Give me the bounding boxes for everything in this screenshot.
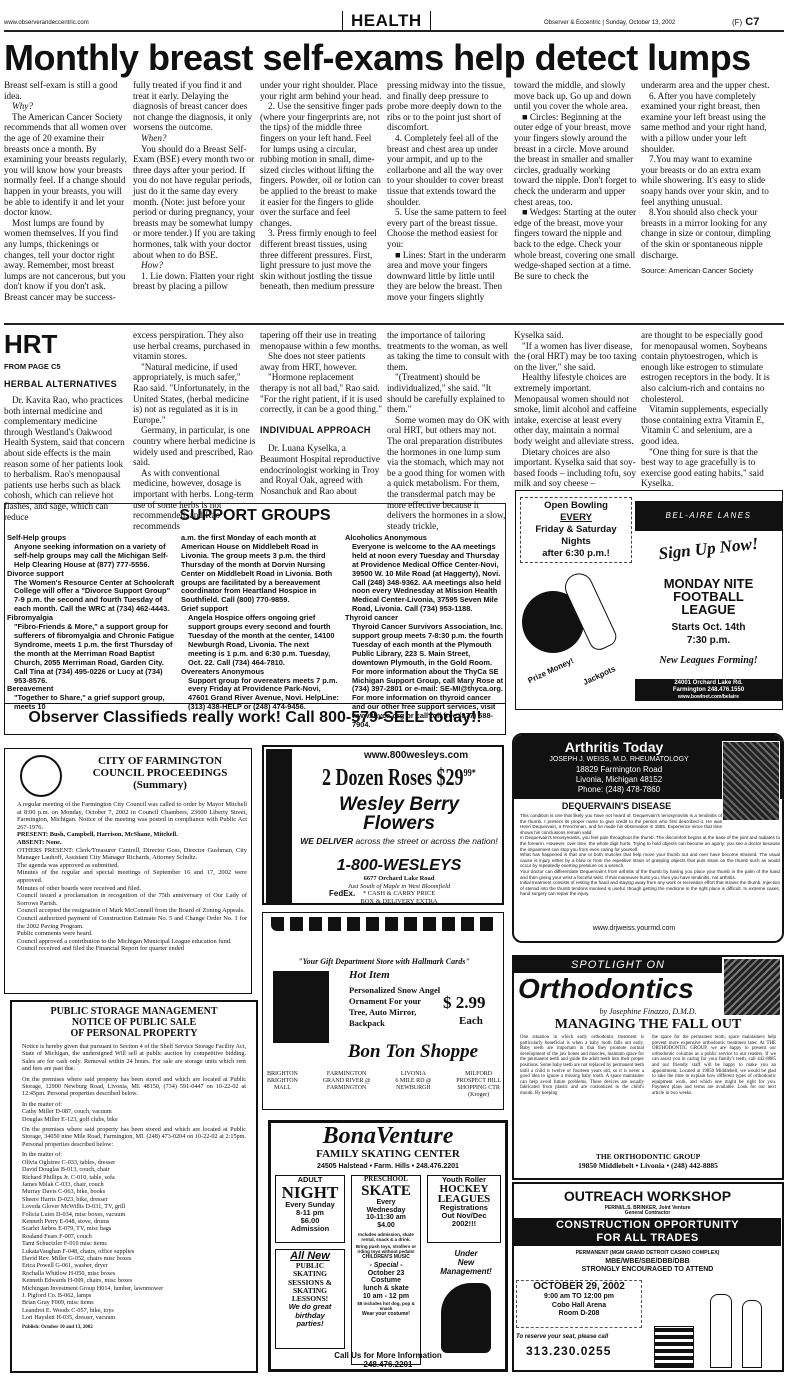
snow-angel-photo <box>273 971 329 1043</box>
outreach-reserve: To reserve your seat, please call <box>516 1334 608 1340</box>
arthritis-contact: JOSEPH J. WEISS, M.D. RHEUMATOLOGY 18829… <box>514 755 724 795</box>
divider <box>4 323 784 325</box>
site-url: www.observerandeccentric.com <box>4 20 89 26</box>
sign-up-now: Sign Up Now! <box>634 531 782 566</box>
bel-aire-logo: BEL-AIRE LANES <box>635 501 782 531</box>
bonaventure-subtitle: FAMILY SKATING CENTER <box>271 1148 505 1160</box>
bowling-website[interactable]: www.bowlnet.com/belaire <box>635 694 782 701</box>
roses-offer: 2 Dozen Roses $2999* <box>322 765 476 792</box>
classifieds-banner: Observer Classifieds really work! Call 8… <box>4 703 506 735</box>
arthritis-title: Arthritis Today <box>514 739 714 755</box>
ad-arthritis-today: Arthritis Today JOSEPH J. WEISS, M.D. RH… <box>512 733 784 943</box>
doctor-photo <box>722 741 780 821</box>
hot-item-desc: Personalized Snow Angel Ornament For you… <box>349 985 449 1029</box>
bonaventure-logo: BonaVenture <box>271 1123 505 1149</box>
hrt-title: HRT <box>4 330 127 358</box>
under-new-management: UnderNewManagement! <box>431 1249 501 1276</box>
support-col-1: Self-Help groupsAnyone seeking informati… <box>7 534 175 712</box>
location-brighton: BRIGHTONBRIGHTONMALL <box>267 1071 298 1099</box>
outreach-details: OCTOBER 29, 2002 9:00 am TO 12:00 pm Cob… <box>516 1280 642 1328</box>
ad-bon-ton-shoppe: "Your Gift Department Store with Hallmar… <box>262 912 504 1110</box>
public-storage-notice: PUBLIC STORAGE MANAGEMENT NOTICE OF PUBL… <box>10 1000 258 1373</box>
location-livonia: LIVONIA6 MILE RD @NEWBURGH <box>395 1071 431 1099</box>
dequervain-heading: DEQUERVAIN'S DISEASE <box>514 801 719 811</box>
wesley-phone: 1-800-WESLEYS <box>296 857 502 875</box>
new-leagues: New Leagues Forming! <box>635 655 782 666</box>
outreach-permanent: PERMANENT (MGM GRAND DETROIT CASINO COMP… <box>514 1250 781 1256</box>
construction-workers-illustration <box>654 1284 778 1368</box>
ad-orthodontics: SPOTLIGHT ON Orthodontics by Josephine F… <box>512 955 784 1180</box>
council-body: A regular meeting of the Farmington City… <box>17 801 247 953</box>
article-column-3: under your right shoulder. Place your ri… <box>260 80 383 292</box>
page-number: (F) C7 <box>732 16 759 28</box>
ortho-footer: THE ORTHODONTIC GROUP 19850 Middlebelt •… <box>514 1153 782 1170</box>
jackpots-text: Jackpots <box>582 664 617 687</box>
roses-photo <box>266 749 292 903</box>
from-page: FROM PAGE C5 <box>4 362 127 371</box>
adult-night-box: ADULT NIGHT Every Sunday8-11 pm$6.00Admi… <box>275 1175 345 1243</box>
youth-hockey-box: Youth Roller HOCKEY LEAGUES Registration… <box>427 1175 501 1243</box>
hot-item-price: $ 2.99 <box>443 993 486 1013</box>
subhead-individual: INDIVIDUAL APPROACH <box>260 425 383 436</box>
skater-silhouette-icon <box>441 1283 491 1353</box>
council-proceedings: CITY OF FARMINGTON COUNCIL PROCEEDINGS (… <box>4 748 252 994</box>
subhead-herbal: HERBAL ALTERNATIVES <box>4 379 127 389</box>
ortho-col-1: One situation in which early orthodontic… <box>520 1035 644 1097</box>
bonaventure-address: 24505 Halstead • Farm. Hills • 248.476.2… <box>271 1163 505 1170</box>
article-main-body: Breast self-exam is still a good idea. W… <box>4 80 784 300</box>
wesley-url[interactable]: www.800wesleys.com <box>364 750 468 761</box>
article-hrt: HRT FROM PAGE C5 HERBAL ALTERNATIVES Dr.… <box>4 330 784 500</box>
arthritis-body: This condition is one that likely you ha… <box>520 813 780 897</box>
support-groups: SUPPORT GROUPS Self-Help groupsAnyone se… <box>4 503 506 706</box>
bonaventure-call: Call Us for More Information 248.476.220… <box>271 1351 505 1369</box>
prize-money-text: Prize Money! <box>526 656 575 685</box>
league-name: MONDAY NITE FOOTBALL LEAGUE <box>635 577 782 616</box>
ad-outreach-workshop: OUTREACH WORKSHOP PERINI/L.S. BRINKER, J… <box>512 1182 784 1372</box>
support-groups-title: SUPPORT GROUPS <box>5 507 505 525</box>
article-column-6: underarm area and the upper chest. 6. Af… <box>641 80 771 277</box>
all-new-box: All New PUBLICSKATINGSESSIONS &SKATINGLE… <box>275 1249 345 1349</box>
publication-info: Observer & Eccentric | Sunday, October 1… <box>544 20 675 26</box>
bowling-contact: 24001 Orchard Lake Rd. Farmington 248.47… <box>635 679 782 701</box>
wesley-delivery: WE DELIVER across the street or across t… <box>296 836 502 846</box>
bonton-locations: BRIGHTONBRIGHTONMALL FARMINGTONGRAND RIV… <box>267 1071 501 1099</box>
hrt-column-2: excess perspiration. They also use herba… <box>133 330 256 531</box>
orthodontics-title: Orthodontics <box>518 973 694 1005</box>
support-col-2: a.m. the first Monday of each month at A… <box>181 534 339 712</box>
hrt-column-5: Kyselka said. "If a women has liver dise… <box>514 330 637 489</box>
location-farmington: FARMINGTONGRAND RIVER @FARMINGTON <box>323 1071 371 1099</box>
ortho-heading: MANAGING THE FALL OUT <box>514 1017 782 1033</box>
article-column-1: Breast self-exam is still a good idea. W… <box>4 80 127 302</box>
wesley-address: 6677 Orchard Lake Road Just South of Map… <box>296 875 502 905</box>
hrt-column-4: the importance of tailoring treatments t… <box>387 330 510 531</box>
ortho-col-2: the space for the permanent tooth, space… <box>652 1035 776 1097</box>
league-start: Starts Oct. 14th 7:30 p.m. <box>635 621 782 647</box>
outreach-title: OUTREACH WORKSHOP <box>514 1188 781 1204</box>
council-title: CITY OF FARMINGTON COUNCIL PROCEEDINGS (… <box>75 755 245 791</box>
storage-body: Notice is hereby given that pursuant to … <box>12 1039 256 1335</box>
ad-bonaventure: BonaVenture FAMILY SKATING CENTER 24505 … <box>268 1120 508 1372</box>
ad-bel-aire-lanes: Open Bowling EVERY Friday & Saturday Nig… <box>515 490 783 710</box>
section-title: HEALTH <box>342 11 431 31</box>
page-header: www.observerandeccentric.com HEALTH Obse… <box>4 10 784 32</box>
hrt-column-6: are thought to be especially good for me… <box>641 330 771 489</box>
arthritis-website[interactable]: www.drjweiss.yourmd.com <box>514 925 754 932</box>
headline: Monthly breast self-exams help detect lu… <box>4 38 784 78</box>
location-milford: MILFORDPROSPECT HILLSHOPPING CTR(Kroger) <box>456 1071 501 1099</box>
spotlight-label: SPOTLIGHT ON <box>514 957 722 973</box>
bowling-burst: Open Bowling EVERY Friday & Saturday Nig… <box>520 497 632 563</box>
outreach-contractor: PERINI/L.S. BRINKER, Joint Venture Gener… <box>514 1206 781 1216</box>
bonton-logo: Bon Ton Shoppe <box>323 1041 503 1063</box>
preschool-skate-box: PRESCHOOL SKATE EveryWednesday10-11:30 a… <box>351 1175 421 1365</box>
storage-list: In the matter of:Olivia Oglstree C-033, … <box>22 1151 246 1321</box>
city-seal-icon <box>20 755 62 797</box>
support-col-3: Alcoholics AnonymousEveryone is welcome … <box>345 534 505 730</box>
hrt-column-1: HRT FROM PAGE C5 HERBAL ALTERNATIVES Dr.… <box>4 330 127 522</box>
article-column-5: toward the middle, and slowly move back … <box>514 80 637 281</box>
article-column-4: pressing midway into the tissue, and fin… <box>387 80 510 302</box>
outreach-banner: CONSTRUCTION OPPORTUNITY FOR ALL TRADES <box>514 1218 781 1246</box>
ad-wesley-berry: www.800wesleys.com 2 Dozen Roses $2999* … <box>262 745 504 905</box>
bonton-tagline: "Your Gift Department Store with Hallmar… <box>263 957 505 966</box>
article-column-2: fully treated if you find it and treat i… <box>133 80 256 292</box>
outreach-phone: 313.230.0255 <box>526 1344 611 1358</box>
awning-icon <box>271 917 497 931</box>
price-each: Each <box>459 1015 483 1027</box>
hrt-column-3: tapering off their use in treating menop… <box>260 330 383 496</box>
fedex-logo: FedEx. <box>329 889 355 898</box>
source-credit: Source: American Cancer Society <box>641 266 771 277</box>
hot-item-label: Hot Item <box>349 969 390 981</box>
storage-title: PUBLIC STORAGE MANAGEMENT NOTICE OF PUBL… <box>12 1006 256 1039</box>
outreach-encourage: MBE/WBE/SBE/DBB/DBB STRONGLY ENCOURAGED … <box>514 1258 781 1274</box>
wesley-name: Wesley Berry Flowers <box>296 795 502 833</box>
ortho-byline: by Josephine Finazzo, D.M.D. <box>514 1007 782 1016</box>
